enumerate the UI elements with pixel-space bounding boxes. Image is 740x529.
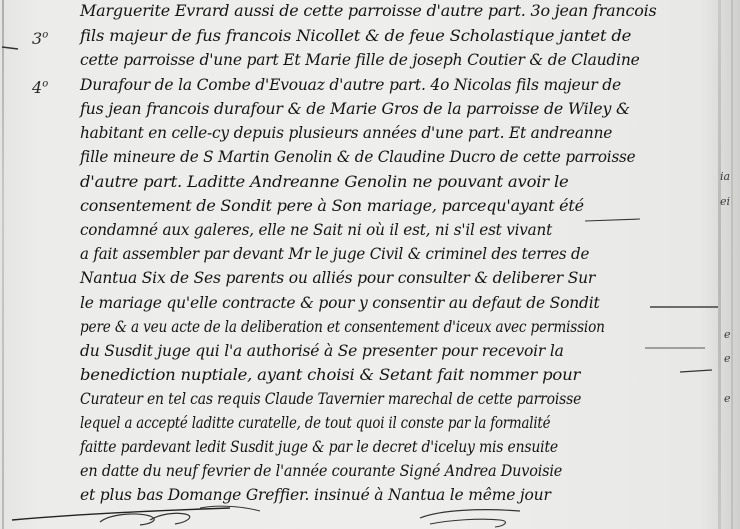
line-filler-strokes <box>0 0 740 529</box>
right-margin-mark: e <box>724 392 731 405</box>
register-page: 3o 4o Marguerite Evrard aussi de cette p… <box>0 0 740 529</box>
closing-paraph-flourish <box>0 490 560 529</box>
right-margin-mark: e <box>724 352 731 365</box>
right-margin-mark: ia <box>720 170 730 183</box>
right-margin-mark: ei <box>720 195 730 208</box>
right-margin-mark: e <box>724 328 731 341</box>
